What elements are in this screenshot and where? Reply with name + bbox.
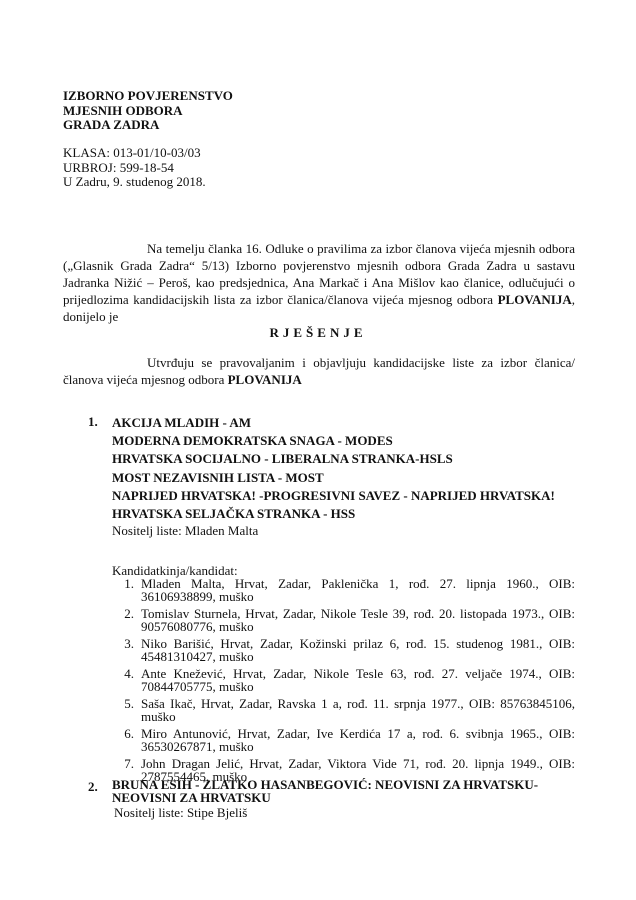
- party-name: HRVATSKA SOCIJALNO - LIBERALNA STRANKA-H…: [112, 450, 555, 468]
- candidate-item: 1.Mladen Malta, Hrvat, Zadar, Paklenička…: [112, 578, 575, 603]
- list-holder: Nositelj liste: Mladen Malta: [112, 523, 258, 539]
- document-meta: KLASA: 013-01/10-03/03 URBROJ: 599-18-54…: [63, 146, 206, 190]
- party-name: HRVATSKA SELJAČKA STRANKA - HSS: [112, 505, 555, 523]
- intro-district: PLOVANIJA: [498, 292, 572, 307]
- party-name: MODERNA DEMOKRATSKA SNAGA - MODES: [112, 432, 555, 450]
- candidate-item: 3.Niko Barišić, Hrvat, Zadar, Kožinski p…: [112, 638, 575, 663]
- candidate-item: 5.Saša Ikač, Hrvat, Zadar, Ravska 1 a, r…: [112, 698, 575, 723]
- issuer-line: GRADA ZADRA: [63, 118, 233, 133]
- document-page: IZBORNO POVJERENSTVO MJESNIH ODBORA GRAD…: [0, 0, 636, 900]
- candidate-item: 4.Ante Knežević, Hrvat, Zadar, Nikole Te…: [112, 668, 575, 693]
- candidates-list: 1.Mladen Malta, Hrvat, Zadar, Paklenička…: [112, 578, 575, 788]
- candidate-item: 6.Miro Antunović, Hrvat, Zadar, Ive Kerd…: [112, 728, 575, 753]
- decision-text: Utvrđuju se pravovaljanim i objavljuju k…: [63, 355, 575, 387]
- list-number: 1.: [88, 414, 98, 430]
- list-holder: Nositelj liste: Stipe Bjeliš: [114, 805, 247, 821]
- party-name: MOST NEZAVISNIH LISTA - MOST: [112, 469, 555, 487]
- party-name: NAPRIJED HRVATSKA! -PROGRESIVNI SAVEZ - …: [112, 487, 555, 505]
- list-number: 2.: [88, 779, 98, 795]
- list-parties: AKCIJA MLADIH - AM MODERNA DEMOKRATSKA S…: [112, 414, 555, 523]
- klasa: KLASA: 013-01/10-03/03: [63, 146, 206, 161]
- list-title: BRUNA ESIH - ZLATKO HASANBEGOVIĆ: NEOVIS…: [112, 779, 575, 804]
- intro-paragraph: Na temelju članka 16. Odluke o pravilima…: [63, 240, 575, 325]
- urbroj: URBROJ: 599-18-54: [63, 161, 206, 176]
- candidate-item: 2.Tomislav Sturnela, Hrvat, Zadar, Nikol…: [112, 608, 575, 633]
- decision-paragraph: Utvrđuju se pravovaljanim i objavljuju k…: [63, 354, 575, 388]
- issuer-line: MJESNIH ODBORA: [63, 104, 233, 119]
- issuer-line: IZBORNO POVJERENSTVO: [63, 89, 233, 104]
- party-name: AKCIJA MLADIH - AM: [112, 414, 555, 432]
- document-title: RJEŠENJE: [0, 325, 636, 341]
- place-date: U Zadru, 9. studenog 2018.: [63, 175, 206, 190]
- issuer-header: IZBORNO POVJERENSTVO MJESNIH ODBORA GRAD…: [63, 89, 233, 133]
- decision-district: PLOVANIJA: [228, 372, 302, 387]
